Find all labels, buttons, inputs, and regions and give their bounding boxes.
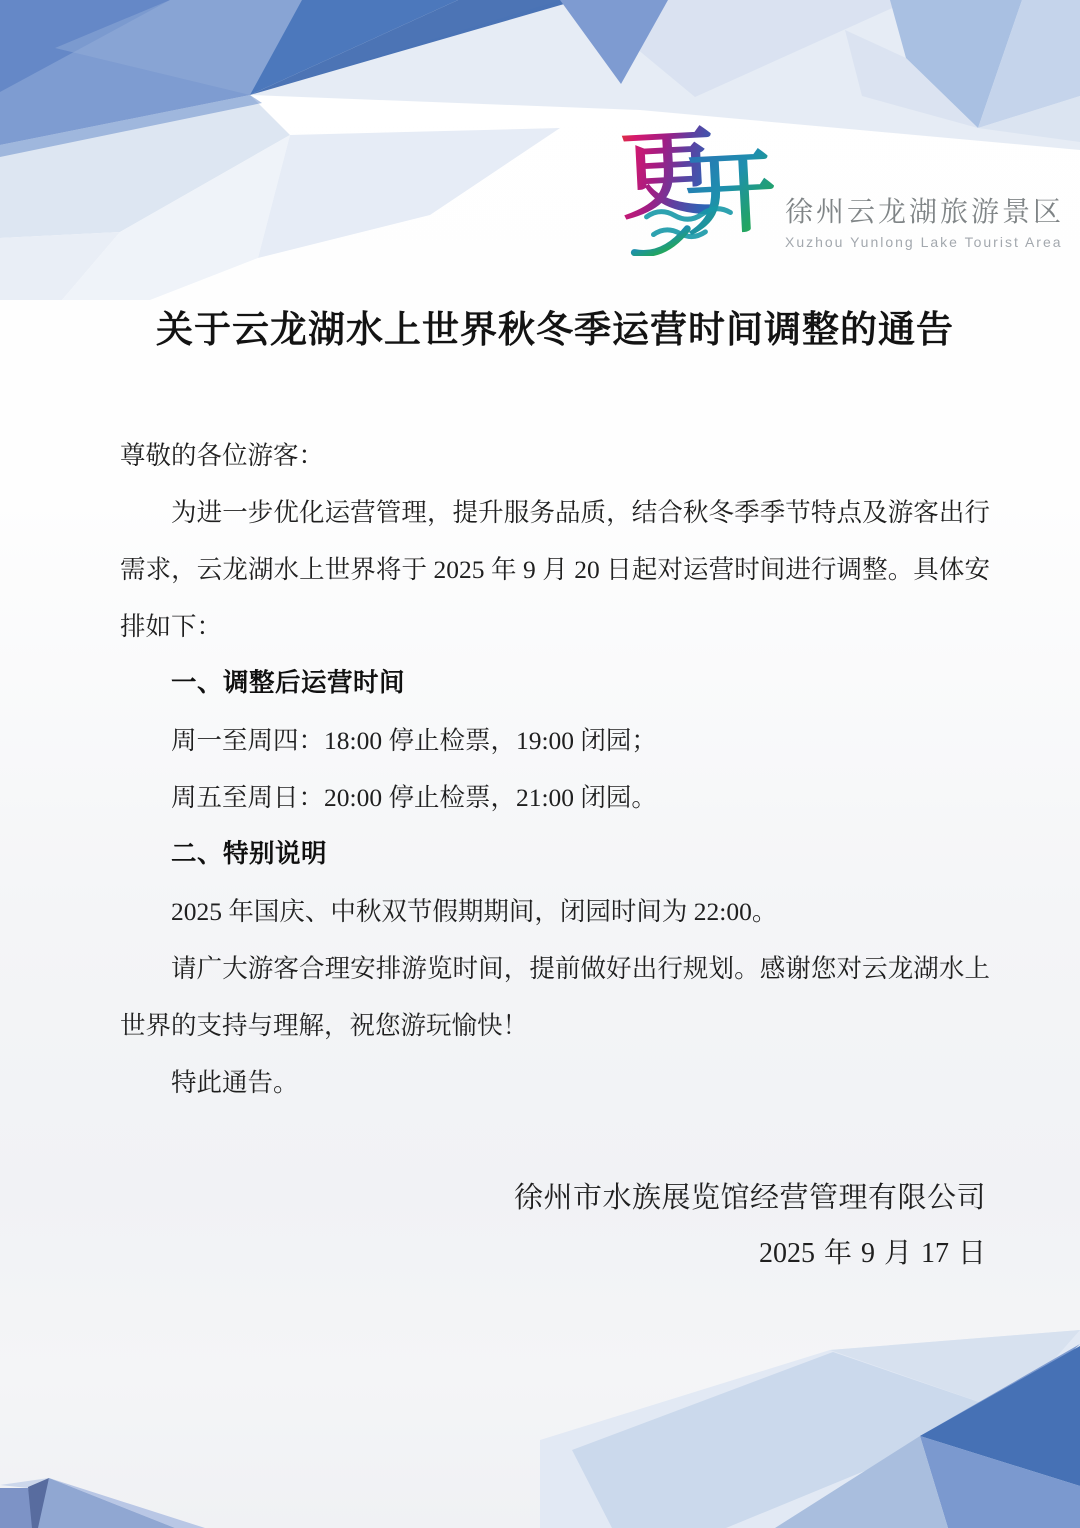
logo-en-name: Xuzhou Yunlong Lake Tourist Area — [785, 234, 1064, 250]
scenic-area-logo: 更 开 徐州云龙湖旅游景区 Xuzhou Yunlong Lake Touris… — [621, 116, 1064, 256]
closing-paragraph: 请广大游客合理安排游览时间，提前做好出行规划。感谢您对云龙湖水上世界的支持与理解… — [120, 940, 990, 1054]
signature-block: 徐州市水族展览馆经营管理有限公司 2025 年 9 月 17 日 — [514, 1178, 986, 1274]
section2-heading: 二、特别说明 — [120, 826, 990, 883]
final-note: 特此通告。 — [120, 1054, 990, 1111]
notice-title: 关于云龙湖水上世界秋冬季运营时间调整的通告 — [120, 304, 990, 358]
salutation: 尊敬的各位游客： — [120, 427, 990, 484]
intro-paragraph: 为进一步优化运营管理，提升服务品质，结合秋冬季季节特点及游客出行需求，云龙湖水上… — [120, 484, 990, 655]
logo-text-block: 徐州云龙湖旅游景区 Xuzhou Yunlong Lake Tourist Ar… — [785, 190, 1064, 256]
logo-brush-mark: 更 开 — [621, 116, 783, 256]
company-name: 徐州市水族展览馆经营管理有限公司 — [514, 1178, 986, 1218]
notice-date: 2025 年 9 月 17 日 — [514, 1234, 986, 1274]
logo-cn-name: 徐州云龙湖旅游景区 — [785, 190, 1064, 230]
holiday-note-line: 2025 年国庆、中秋双节假期期间，闭园时间为 22:00。 — [120, 883, 990, 940]
schedule-line-weekday: 周一至周四：18:00 停止检票，19:00 闭园； — [120, 712, 990, 769]
decor-bottom-polygons — [0, 1288, 1080, 1528]
logo-char-right: 开 — [683, 143, 778, 247]
section1-heading: 一、调整后运营时间 — [120, 655, 990, 712]
notice-body: 尊敬的各位游客： 为进一步优化运营管理，提升服务品质，结合秋冬季季节特点及游客出… — [120, 427, 990, 1111]
schedule-line-weekend: 周五至周日：20:00 停止检票，21:00 闭园。 — [120, 769, 990, 826]
notice-page: 更 开 徐州云龙湖旅游景区 Xuzhou Yunlong Lake Touris… — [0, 0, 1080, 1528]
